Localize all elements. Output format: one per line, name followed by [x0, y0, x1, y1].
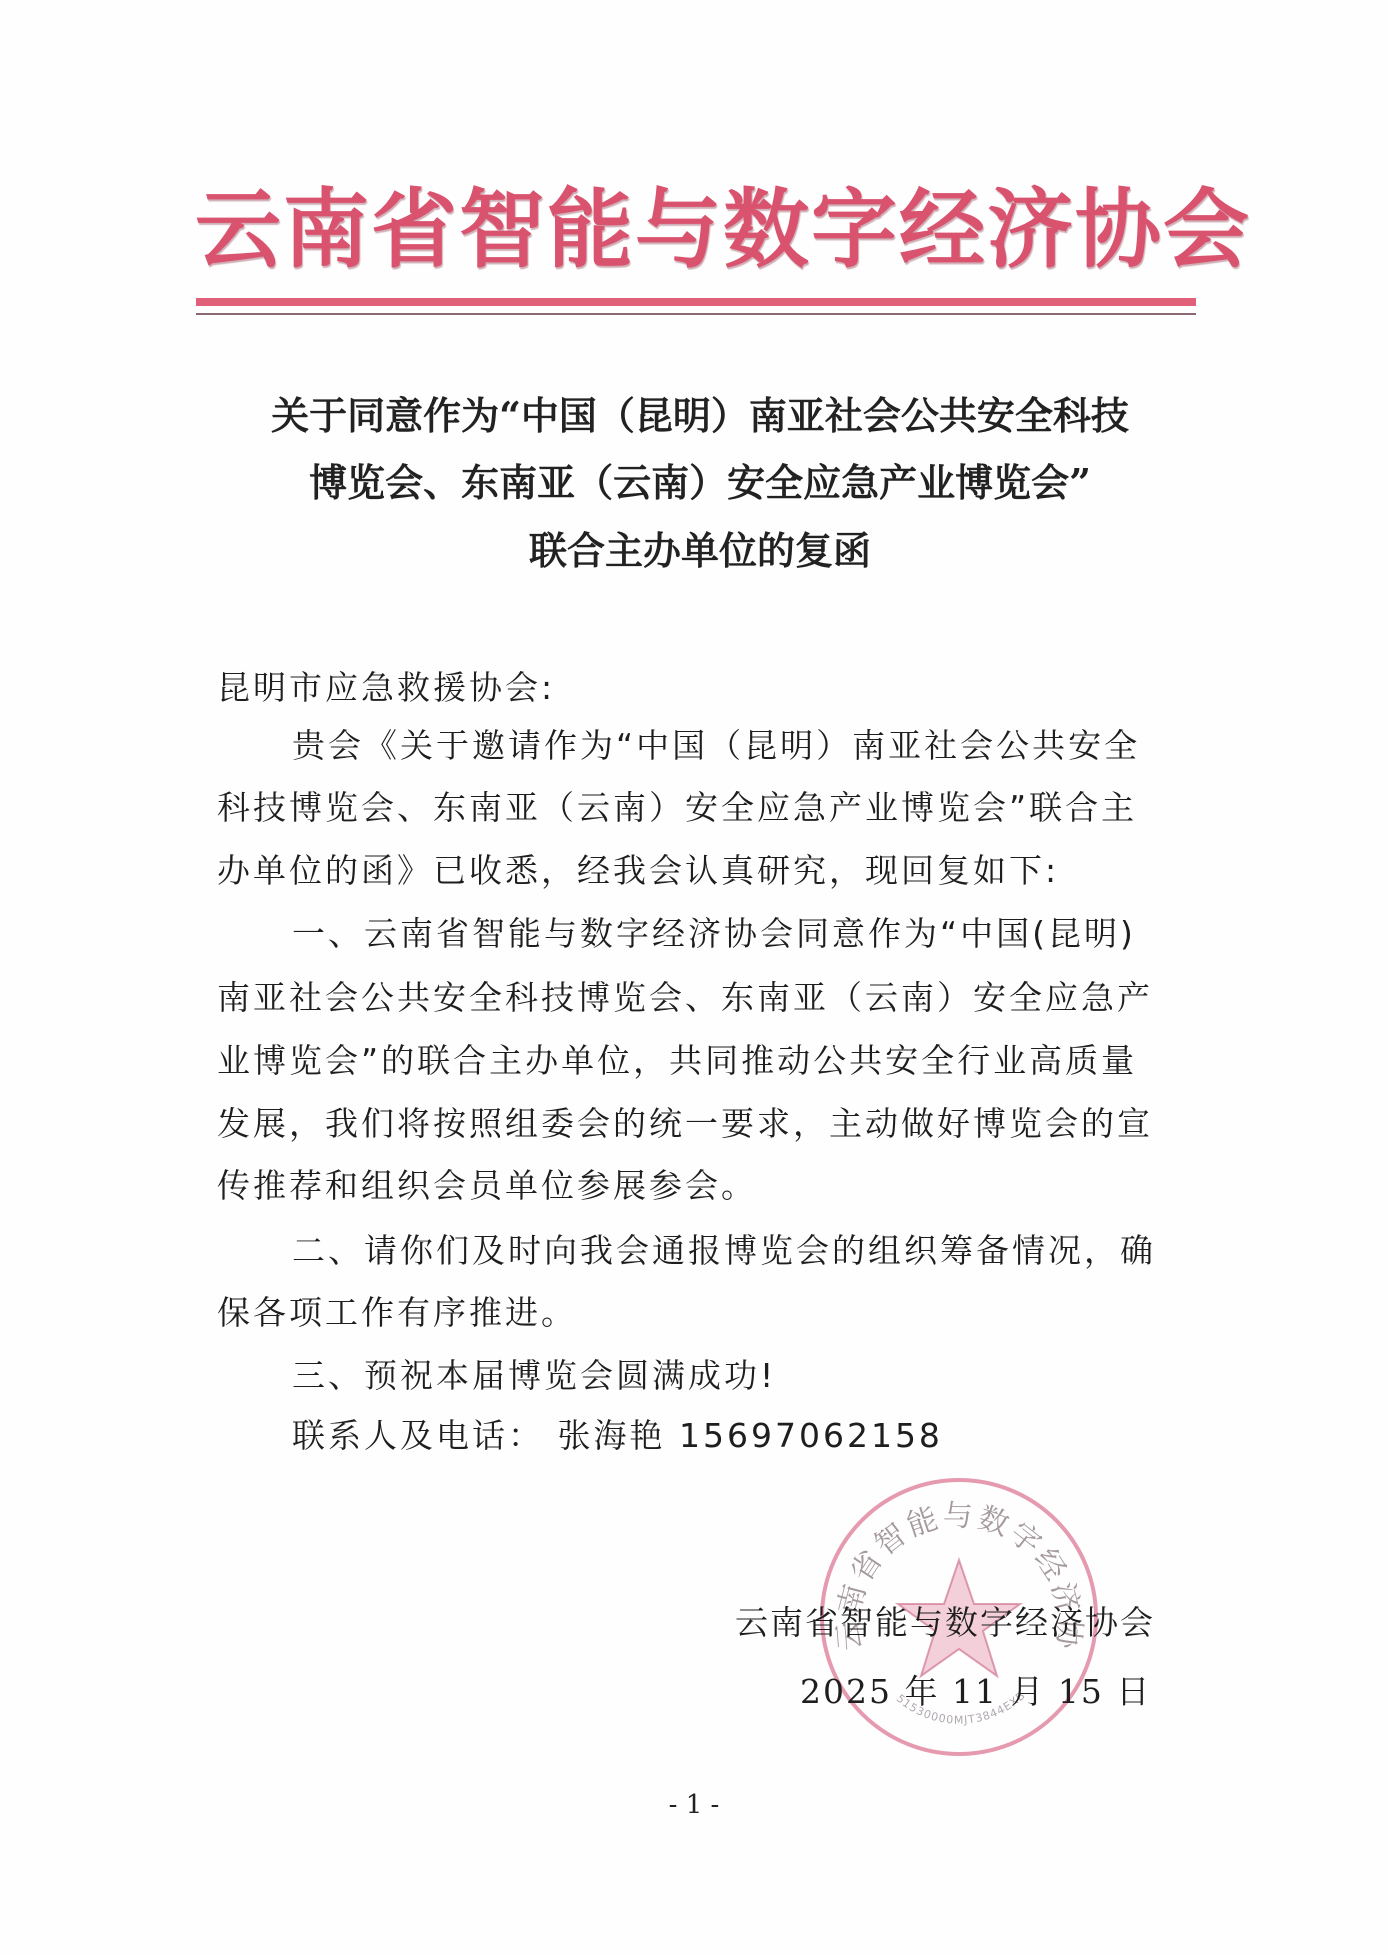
document-page: 云南省智能与数字经济协会 关于同意作为“中国（昆明）南亚社会公共安全科技 博览会…: [0, 0, 1388, 1955]
body-line: 三、预祝本届博览会圆满成功!: [292, 1350, 776, 1397]
document-title-line-3: 联合主办单位的复函: [200, 520, 1200, 575]
salutation: 昆明市应急救援协会:: [217, 662, 555, 709]
body-line: 贵会《关于邀请作为“中国（昆明）南亚社会公共安全: [292, 720, 1140, 767]
body-line: 业博览会”的联合主办单位，共同推动公共安全行业高质量: [217, 1035, 1137, 1082]
document-title-line-2: 博览会、东南亚（云南）安全应急产业博览会”: [200, 452, 1200, 507]
document-title-line-1: 关于同意作为“中国（昆明）南亚社会公共安全科技: [200, 385, 1200, 440]
letterhead-title: 云南省智能与数字经济协会: [195, 160, 1195, 284]
body-line: 一、云南省智能与数字经济协会同意作为“中国(昆明): [292, 908, 1136, 955]
letterhead-red-rule: [196, 298, 1196, 306]
body-line: 发展，我们将按照组委会的统一要求，主动做好博览会的宣: [217, 1098, 1153, 1145]
body-line: 科技博览会、东南亚（云南）安全应急产业博览会”联合主: [217, 782, 1137, 829]
body-line: 传推荐和组织会员单位参展参会。: [217, 1160, 757, 1207]
signature-date: 2025 年 11 月 15 日: [800, 1666, 1151, 1713]
letterhead-thin-rule: [196, 313, 1196, 315]
body-line: 二、请你们及时向我会通报博览会的组织筹备情况，确: [292, 1225, 1156, 1272]
body-line: 保各项工作有序推进。: [217, 1287, 577, 1334]
body-line: 南亚社会公共安全科技博览会、东南亚（云南）安全应急产: [217, 972, 1153, 1019]
signature-organization: 云南省智能与数字经济协会: [735, 1597, 1155, 1644]
body-line: 办单位的函》已收悉，经我会认真研究，现回复如下:: [217, 845, 1059, 892]
page-number: - 1 -: [0, 1790, 1388, 1820]
contact-line: 联系人及电话： 张海艳 15697062158: [292, 1410, 943, 1457]
